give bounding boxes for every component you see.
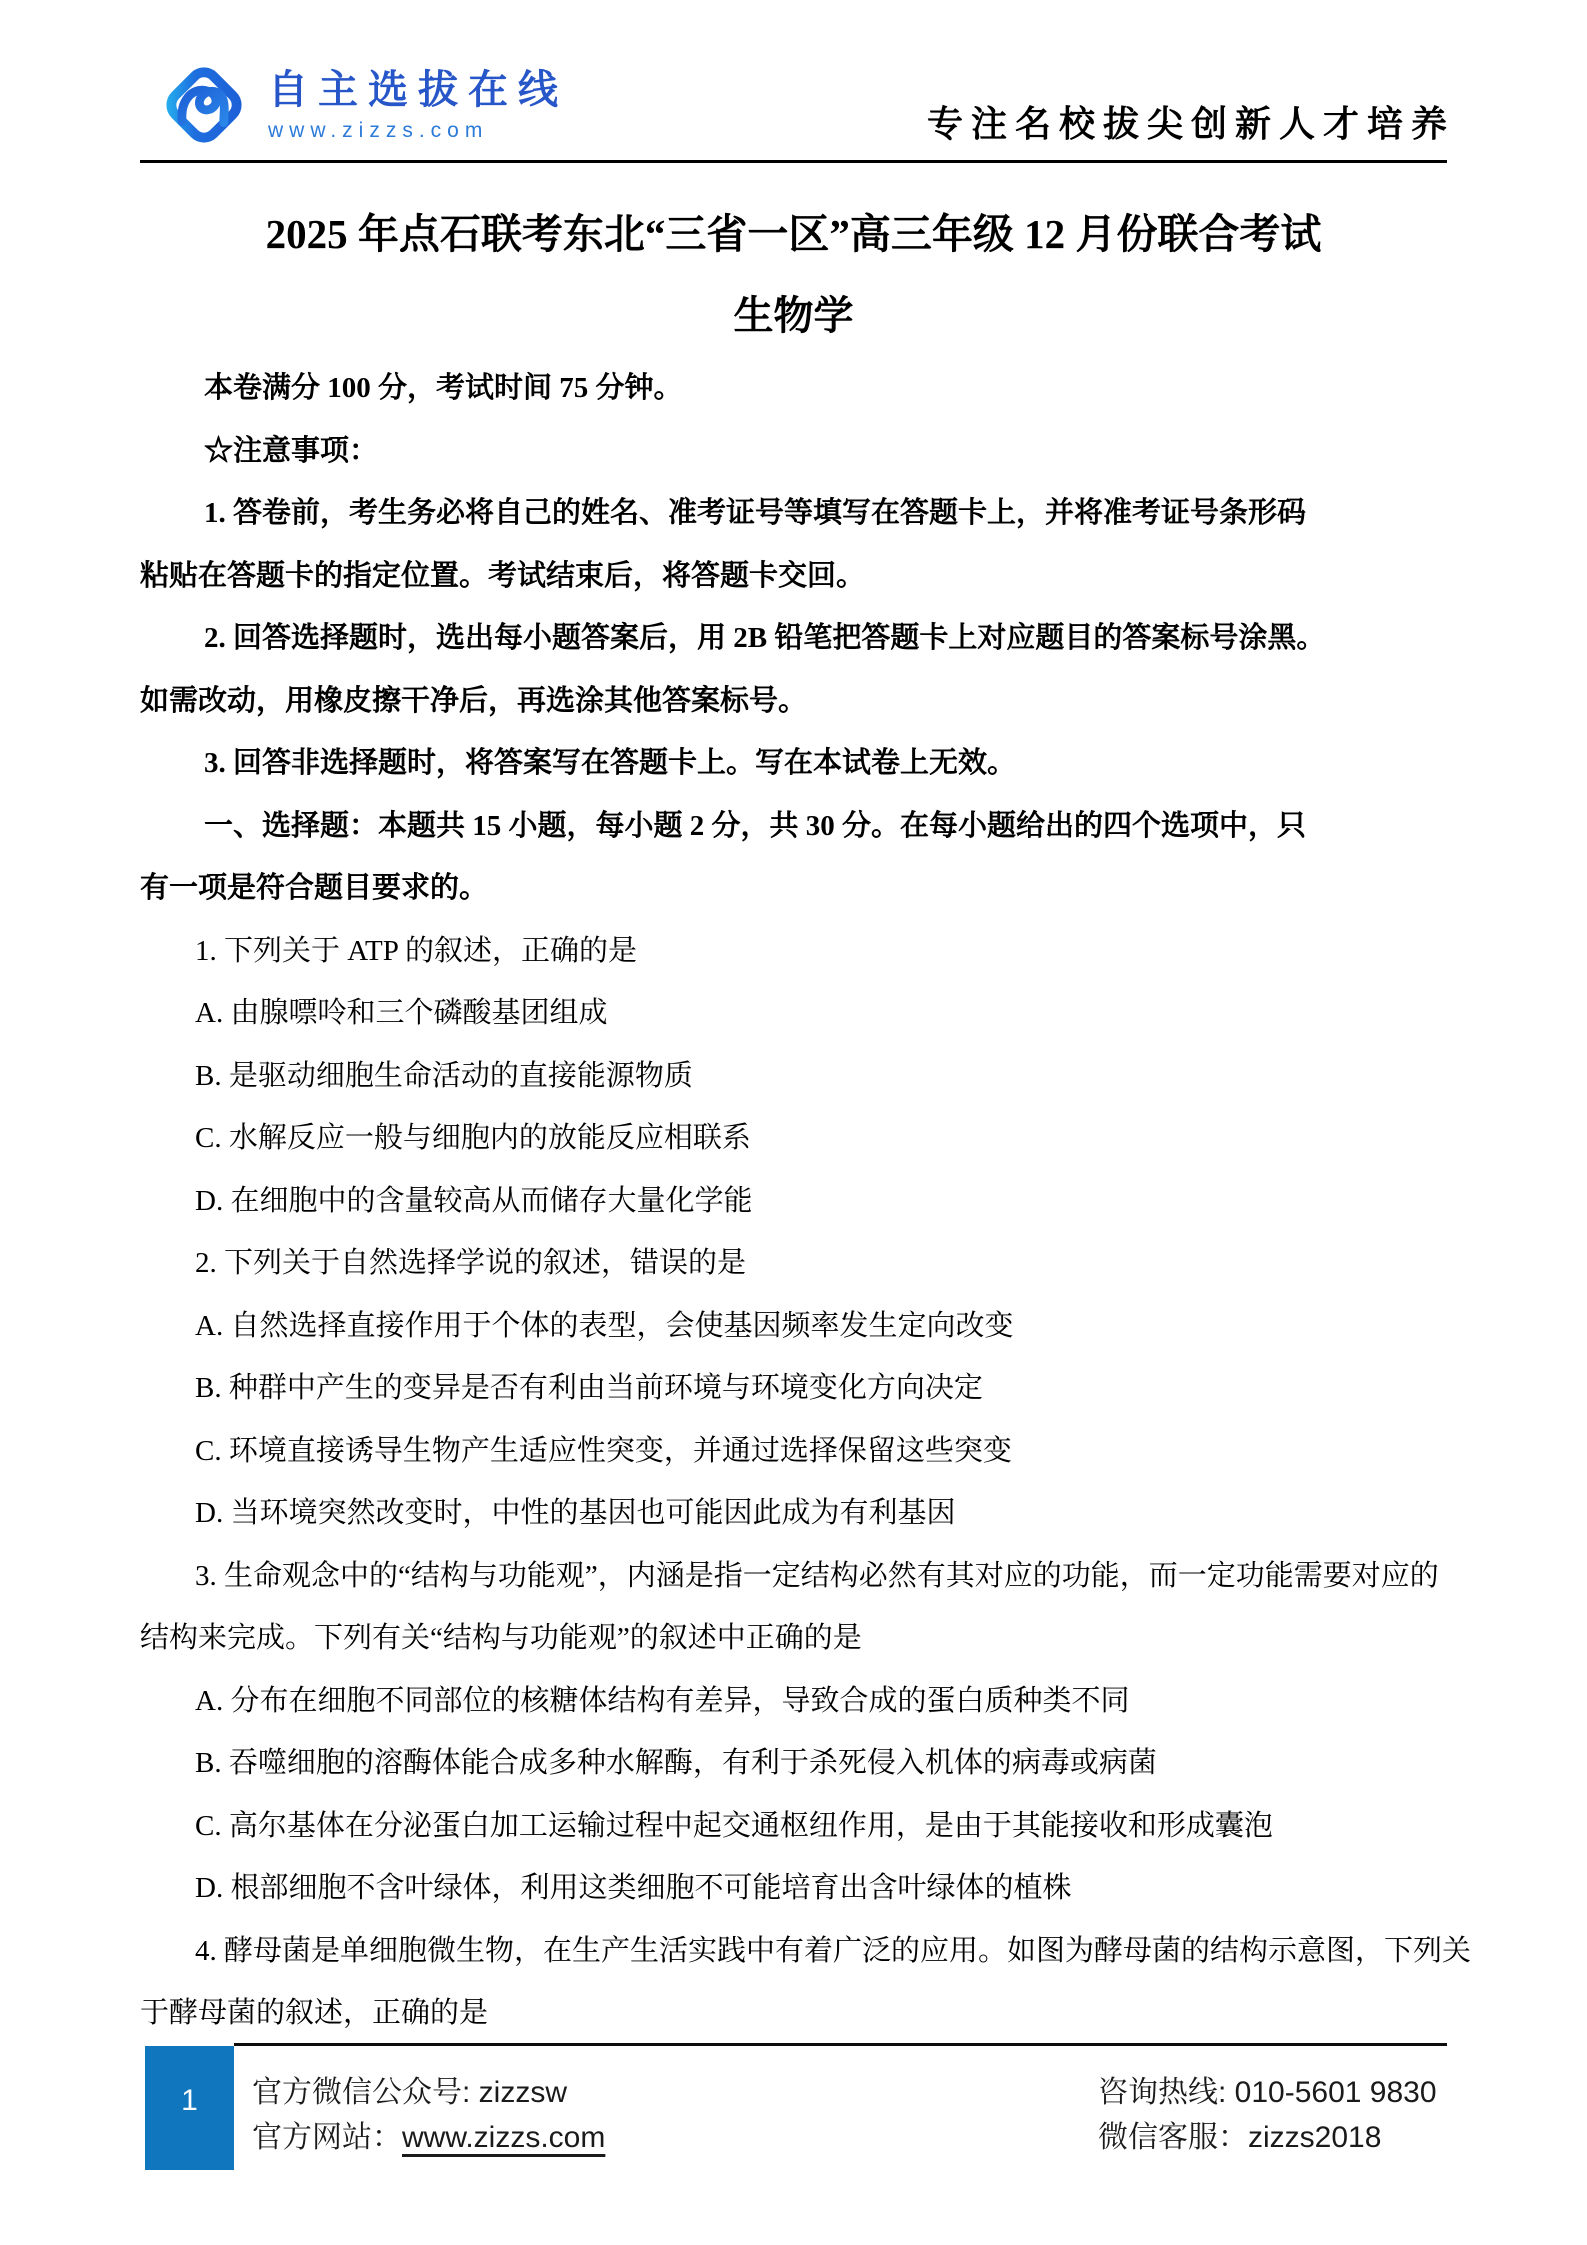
question-3-option-b: B. 吞噬细胞的溶酶体能合成多种水解酶，有利于杀死侵入机体的病毒或病菌 — [140, 1732, 1447, 1795]
question-1-option-c: C. 水解反应一般与细胞内的放能反应相联系 — [140, 1107, 1447, 1170]
question-2-option-d: D. 当环境突然改变时，中性的基因也可能因此成为有利基因 — [140, 1482, 1447, 1545]
brand-url: www.zizzs.com — [268, 119, 568, 143]
question-4-stem-line-2: 于酵母菌的叙述，正确的是 — [140, 1982, 1447, 2045]
question-2-option-a: A. 自然选择直接作用于个体的表型，会使基因频率发生定向改变 — [140, 1295, 1447, 1358]
question-3-option-a: A. 分布在细胞不同部位的核糖体结构有差异，导致合成的蛋白质种类不同 — [140, 1670, 1447, 1733]
header-divider — [140, 160, 1447, 163]
footer-wechat-service: 微信客服：zizzs2018 — [1098, 2115, 1437, 2160]
question-1-option-b: B. 是驱动细胞生命活动的直接能源物质 — [140, 1045, 1447, 1108]
notice-item-2-line-2: 如需改动，用橡皮擦干净后，再选涂其他答案标号。 — [140, 670, 1447, 733]
footer-site-label: 官方网站： — [252, 2121, 402, 2154]
exam-title: 2025 年点石联考东北“三省一区”高三年级 12 月份联合考试 — [0, 193, 1587, 275]
page-number: 1 — [181, 2084, 198, 2118]
question-3-stem-line-2: 结构来完成。下列有关“结构与功能观”的叙述中正确的是 — [140, 1607, 1447, 1670]
brand-logo-icon — [152, 52, 256, 158]
question-3-stem-line-1: 3. 生命观念中的“结构与功能观”，内涵是指一定结构必然有其对应的功能，而一定功… — [140, 1545, 1447, 1608]
question-1-option-d: D. 在细胞中的含量较高从而储存大量化学能 — [140, 1170, 1447, 1233]
score-duration-line: 本卷满分 100 分，考试时间 75 分钟。 — [140, 357, 1447, 420]
notice-heading: ☆注意事项： — [140, 420, 1447, 483]
question-2-stem: 2. 下列关于自然选择学说的叙述，错误的是 — [140, 1232, 1447, 1295]
section-1-heading-line-2: 有一项是符合题目要求的。 — [140, 857, 1447, 920]
footer-wechat-official: 官方微信公众号: zizzsw — [252, 2070, 605, 2115]
footer-site-url-link[interactable]: www.zizzs.com — [402, 2121, 605, 2154]
footer-contact-left: 官方微信公众号: zizzsw 官方网站：www.zizzs.com — [252, 2070, 605, 2160]
question-2-option-c: C. 环境直接诱导生物产生适应性突变，并通过选择保留这些突变 — [140, 1420, 1447, 1483]
exam-body: 本卷满分 100 分，考试时间 75 分钟。 ☆注意事项： 1. 答卷前，考生务… — [140, 357, 1447, 2045]
notice-item-2-line-1: 2. 回答选择题时，选出每小题答案后，用 2B 铅笔把答题卡上对应题目的答案标号… — [140, 607, 1447, 670]
question-3-option-d: D. 根部细胞不含叶绿体，利用这类细胞不可能培育出含叶绿体的植株 — [140, 1857, 1447, 1920]
footer-hotline: 咨询热线: 010-5601 9830 — [1098, 2070, 1437, 2115]
question-1-stem: 1. 下列关于 ATP 的叙述，正确的是 — [140, 920, 1447, 983]
notice-item-3: 3. 回答非选择题时，将答案写在答题卡上。写在本试卷上无效。 — [140, 732, 1447, 795]
section-1-heading-line-1: 一、选择题：本题共 15 小题，每小题 2 分，共 30 分。在每小题给出的四个… — [140, 795, 1447, 858]
footer-contact-right: 咨询热线: 010-5601 9830 微信客服：zizzs2018 — [1098, 2070, 1437, 2160]
brand-block: 自主选拔在线 www.zizzs.com — [268, 58, 568, 143]
exam-paper-page: 自主选拔在线 www.zizzs.com 专注名校拔尖创新人才培养 2025 年… — [0, 0, 1587, 2245]
question-2-option-b: B. 种群中产生的变异是否有利由当前环境与环境变化方向决定 — [140, 1357, 1447, 1420]
question-1-option-a: A. 由腺嘌呤和三个磷酸基团组成 — [140, 982, 1447, 1045]
footer-site-line: 官方网站：www.zizzs.com — [252, 2115, 605, 2160]
notice-item-1-line-2: 粘贴在答题卡的指定位置。考试结束后，将答题卡交回。 — [140, 545, 1447, 608]
exam-subject-title: 生物学 — [0, 275, 1587, 357]
page-number-box: 1 — [145, 2046, 234, 2170]
notice-item-1-line-1: 1. 答卷前，考生务必将自己的姓名、准考证号等填写在答题卡上，并将准考证号条形码 — [140, 482, 1447, 545]
question-4-stem-line-1: 4. 酵母菌是单细胞微生物，在生产生活实践中有着广泛的应用。如图为酵母菌的结构示… — [140, 1920, 1447, 1983]
question-3-option-c: C. 高尔基体在分泌蛋白加工运输过程中起交通枢纽作用，是由于其能接收和形成囊泡 — [140, 1795, 1447, 1858]
header-slogan: 专注名校拔尖创新人才培养 — [927, 96, 1455, 147]
footer-divider — [234, 2043, 1447, 2046]
brand-name: 自主选拔在线 — [268, 58, 568, 115]
exam-title-block: 2025 年点石联考东北“三省一区”高三年级 12 月份联合考试 生物学 — [0, 193, 1587, 357]
